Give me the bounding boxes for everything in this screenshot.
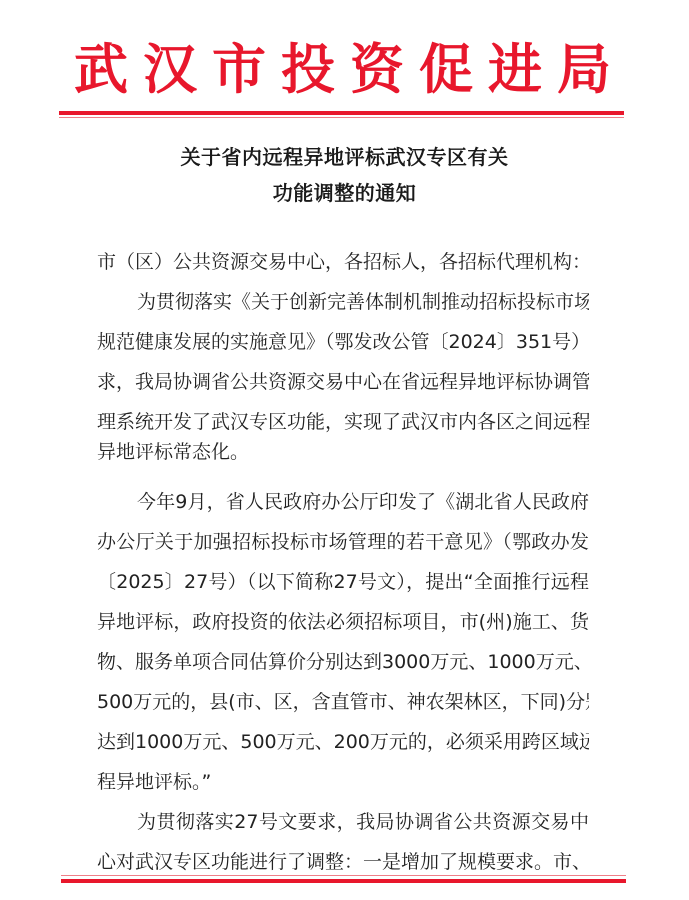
body-line: 达到1000万元、500万元、200万元的，必须采用跨区域远 [97,722,589,762]
document-body: 市（区）公共资源交易中心，各招标人，各招标代理机构： 为贯彻落实《关于创新完善体… [97,242,589,882]
header-rule-thick [59,111,624,115]
body-line: 为贯彻落实27号文要求，我局协调省公共资源交易中 [97,802,589,842]
masthead-char: 投 [277,34,339,104]
document-title-line-1: 关于省内远程异地评标武汉专区有关 [0,141,689,170]
masthead-char: 资 [346,34,408,104]
masthead-char: 市 [208,34,270,104]
header-rule-thin [59,117,624,118]
body-line: 物、服务单项合同估算价分别达到3000万元、1000万元、 [97,642,589,682]
document-title-line-2: 功能调整的通知 [0,177,689,206]
body-line: 今年9月，省人民政府办公厅印发了《湖北省人民政府 [97,482,589,522]
masthead: 武 汉 市 投 资 促 进 局 [70,34,615,104]
masthead-char: 武 [70,34,132,104]
body-line: 求，我局协调省公共资源交易中心在省远程异地评标协调管 [97,362,589,402]
footer-rule-thick [61,879,626,883]
body-line: 异地评标，政府投资的依法必须招标项目，市(州)施工、货 [97,602,589,642]
body-line: 办公厅关于加强招标投标市场管理的若干意见》（鄂政办发 [97,522,589,562]
masthead-char: 局 [553,34,615,104]
body-line: 为贯彻落实《关于创新完善体制机制推动招标投标市场 [97,282,589,322]
body-line: 〔2025〕27号）（以下简称27号文），提出“全面推行远程 [97,562,589,602]
masthead-char: 汉 [139,34,201,104]
body-line: 理系统开发了武汉专区功能，实现了武汉市内各区之间远程 [97,402,589,442]
salutation: 市（区）公共资源交易中心，各招标人，各招标代理机构： [97,242,589,282]
masthead-char: 促 [415,34,477,104]
body-line: 规范健康发展的实施意见》（鄂发改公管〔2024〕351号）要 [97,322,589,362]
body-line: 500万元的，县(市、区，含直管市、神农架林区，下同)分别 [97,682,589,722]
footer-rule-thin [61,875,626,876]
masthead-char: 进 [484,34,546,104]
body-line: 心对武汉专区功能进行了调整：一是增加了规模要求。市、 [97,842,589,882]
body-line: 程异地评标。” [97,762,589,802]
